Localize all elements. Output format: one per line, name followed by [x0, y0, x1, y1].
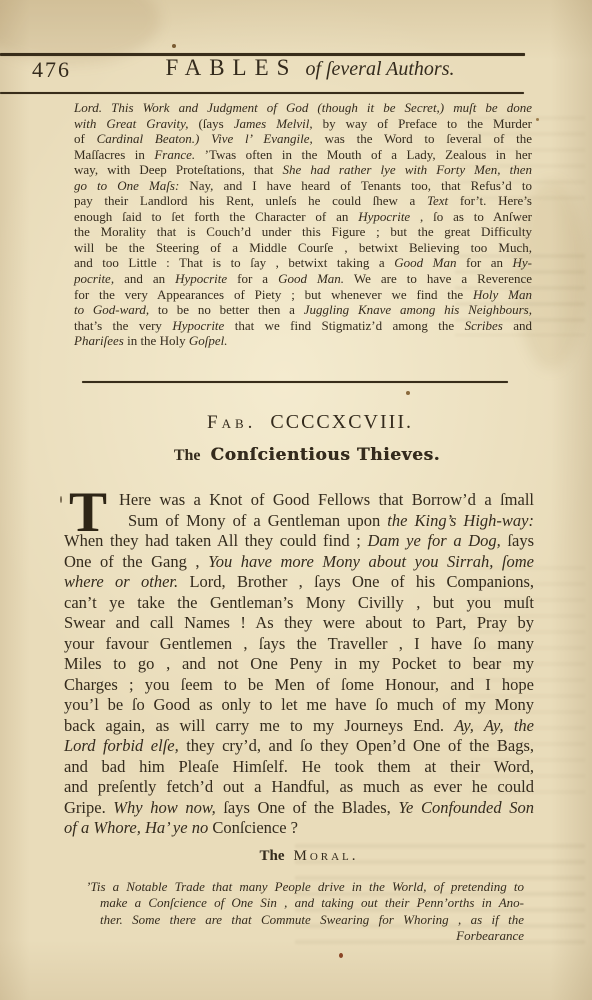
- fable-number-heading: Fab. CCCCXCVIII.: [0, 411, 592, 434]
- paper-speck: [339, 953, 343, 958]
- running-head-subtitle: of ſeveral Authors.: [305, 58, 454, 80]
- text-line: and preſently fetch’d out a Handful, as …: [64, 777, 534, 798]
- text-line: Gripe. Why how now, ſays One of the Blad…: [64, 798, 534, 819]
- text-line: Maſſacres in France. ’Twas often in the …: [74, 147, 532, 163]
- paper-speck: [536, 118, 539, 121]
- text-line: Miles to go , and not One Peny in my Poc…: [64, 654, 534, 675]
- text-line: of Cardinal Beaton.) Vive l’ Evangile, w…: [74, 131, 532, 147]
- fable-paragraph: T Here was a Knot of Good Fellows that B…: [64, 490, 534, 839]
- text-line: the Morality that is Couch’d under this …: [74, 224, 532, 240]
- text-line: that’s the very Hypocrite that we find S…: [74, 318, 532, 334]
- catchword: Forbearance: [86, 928, 524, 944]
- text-line: pocrite, and an Hypocrite for a Good Man…: [74, 271, 532, 287]
- running-head: FABLES of ſeveral Authors.: [30, 55, 590, 81]
- intro-paragraph: Lord. This Work and Judgment of God (tho…: [74, 100, 532, 349]
- header-rule-bottom: [0, 92, 524, 94]
- text-line: and too Little : That is to ſay , betwix…: [74, 255, 532, 271]
- text-line: Phariſees in the Holy Goſpel.: [74, 333, 532, 349]
- paper-speck: [406, 391, 410, 395]
- text-line: go to One Maſs: Nay, and I have heard of…: [74, 178, 532, 194]
- fable-number-label: Fab.: [207, 412, 256, 433]
- text-line: for the very Appearances of Piety ; but …: [74, 287, 532, 303]
- text-line: When they had taken All they could find …: [64, 531, 534, 552]
- text-line: Lord forbid elſe, they cry’d, and ſo the…: [64, 736, 534, 757]
- fable-title: The Conſcientious Thieves.: [0, 445, 592, 465]
- text-line: you’l be ſo Good as only to let me have …: [64, 695, 534, 716]
- text-line: Here was a Knot of Good Fellows that Bor…: [64, 490, 534, 511]
- paper-speck: [172, 44, 176, 48]
- fable-title-main: Conſcientious Thieves.: [210, 445, 440, 465]
- text-line: pay their Landlord his Rent, unleſs he c…: [74, 193, 532, 209]
- moral-paragraph: ’Tis a Notable Trade that many People dr…: [86, 879, 524, 928]
- text-line: ther. Some there are that Commute Sweari…: [86, 912, 524, 928]
- text-line: with Great Gravity, (ſays James Melvil, …: [74, 116, 532, 132]
- section-divider-rule: [82, 381, 508, 383]
- text-line: make a Conſcience of One Sin , and takin…: [86, 895, 524, 911]
- fable-number-roman: CCCCXCVIII.: [270, 411, 413, 433]
- moral-heading-article: The: [259, 848, 284, 864]
- text-line: can’t ye take the Gentleman’s Mony Civil…: [64, 593, 534, 614]
- text-line: of a Whore, Ha’ ye no Conſcience ?: [64, 818, 534, 839]
- text-line: and bad him Pleaſe Himſelf. He took them…: [64, 757, 534, 778]
- moral-heading: The Moral.: [0, 847, 592, 865]
- book-page: 476 FABLES of ſeveral Authors. Lord. Thi…: [0, 0, 592, 1000]
- text-line: enough ſaid to ſet forth the Character o…: [74, 209, 532, 225]
- text-line: will be the Steering of a Middle Courſe …: [74, 240, 532, 256]
- text-line: Sum of Mony of a Gentleman upon the King…: [64, 511, 534, 532]
- running-head-title: FABLES: [166, 55, 298, 80]
- fable-title-article: The: [174, 447, 201, 464]
- text-line: where or other. Lord, Brother , ſays One…: [64, 572, 534, 593]
- text-line: Swear and call Names ! As they were abou…: [64, 613, 534, 634]
- fable-text: Here was a Knot of Good Fellows that Bor…: [64, 490, 534, 839]
- text-line: Lord. This Work and Judgment of God (tho…: [74, 100, 532, 116]
- ink-mark: [60, 496, 62, 503]
- text-line: One of the Gang , You have more Mony abo…: [64, 552, 534, 573]
- text-line: ’Tis a Notable Trade that many People dr…: [86, 879, 524, 895]
- text-line: to God-ward, to be no better then a Jugg…: [74, 302, 532, 318]
- drop-cap: T: [69, 490, 107, 536]
- text-line: your favour Gentlemen , ſays the Travell…: [64, 634, 534, 655]
- text-line: back again, as will carry me to my Journ…: [64, 716, 534, 737]
- text-line: way, with Deep Proteſtations, that She h…: [74, 162, 532, 178]
- moral-heading-caps: Moral.: [293, 848, 358, 864]
- text-line: Charges ; you ſeem to be Men of ſome Hon…: [64, 675, 534, 696]
